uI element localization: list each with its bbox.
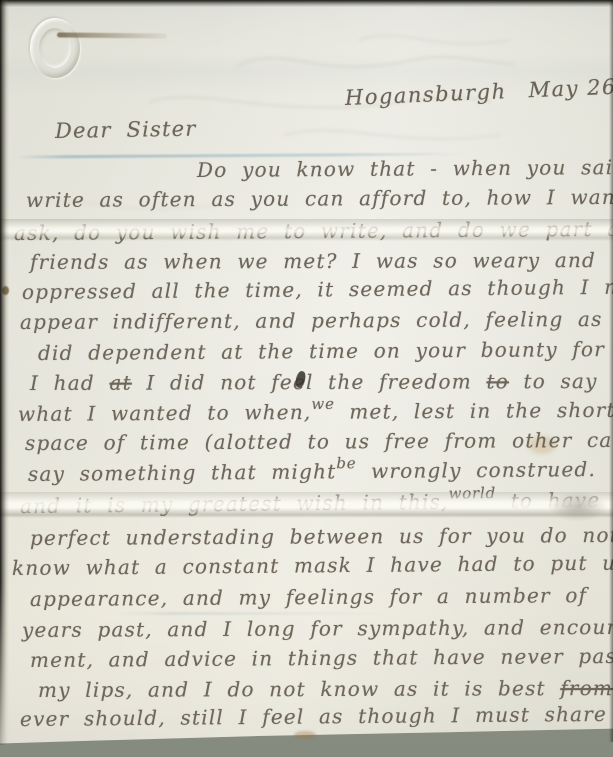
letter-salutation: Dear Sister [55, 117, 197, 143]
letter-line: years past, and I long for sympathy, and… [22, 615, 613, 642]
inserted-word: we [311, 395, 334, 413]
line-text: and it is my greatest wish in this, [20, 490, 449, 518]
line-text: years past, and I long for sympathy, and… [22, 615, 613, 642]
line-text: what I wanted to when, [18, 400, 312, 426]
line-text: I did not feel the freedom [132, 369, 487, 394]
paper-stain [294, 731, 316, 739]
letter-line: space of time (alotted to us free from o… [25, 427, 613, 455]
inserted-word: world [448, 484, 496, 502]
letter-line: I had at I did not feel the freedom to t… [30, 369, 598, 395]
line-text: to say [509, 369, 598, 393]
letter-line: appear indifferent, and perhaps cold, fe… [20, 307, 613, 334]
letter-line: perfect understading between us for you … [30, 523, 613, 550]
line-text: say something that might [28, 459, 337, 486]
line-text: wrongly construed. [356, 457, 596, 483]
struck-word: to [486, 369, 509, 393]
letter-line: friends as when we met? I was so weary a… [30, 248, 596, 274]
line-text: write as often as you can afford to, how… [26, 185, 613, 212]
fold-crease-pinch-shadow [548, 492, 608, 522]
line-text: met, lest in the short [335, 398, 613, 424]
letter-line: oppressed all the time, it seemed as tho… [22, 274, 613, 304]
heading-gap [507, 97, 529, 98]
embossed-seal [30, 18, 80, 78]
line-text: ment, and advice in things that have nev… [30, 644, 613, 672]
salutation-text: Dear Sister [55, 117, 197, 143]
scanned-letter-page: HogansburghMay 26 Dear Sister Do you kno… [0, 0, 613, 757]
line-text: perfect understading between us for you … [30, 523, 613, 550]
line-text: my lips, and I do not know as it is best [38, 676, 560, 702]
letter-line: write as often as you can afford to, how… [26, 185, 613, 212]
struck-word: at [109, 371, 131, 395]
line-text: friends as when we met? I was so weary a… [30, 248, 596, 274]
scan-edge-right [609, 0, 613, 742]
scan-edge-top [0, 0, 613, 7]
letter-line: my lips, and I do not know as it is best… [38, 676, 613, 702]
line-text: ever should, still I feel as though I mu… [20, 702, 607, 731]
letter-line: appearance, and my feelings for a number… [30, 583, 587, 611]
scan-edge-left [0, 0, 9, 745]
line-text: oppressed all the time, it seemed as tho… [22, 274, 613, 304]
letter-line: Do you know that - when you said [197, 155, 613, 182]
line-text: ask, do you wish me to write, and do we … [14, 216, 613, 245]
struck-word: from [560, 676, 613, 700]
letter-line: ever should, still I feel as though I mu… [20, 702, 607, 731]
letter-line: say something that mightbe wrongly const… [28, 457, 596, 486]
heading-date: May 26 [528, 75, 613, 103]
line-text: I had [30, 371, 110, 395]
letter-line: ment, and advice in things that have nev… [30, 644, 613, 672]
line-text: did dependent at the time on your bounty… [38, 337, 613, 365]
letter-line: did dependent at the time on your bounty… [38, 337, 613, 365]
line-text: space of time (alotted to us free from o… [25, 427, 613, 455]
blue-bleed-rule [118, 612, 398, 615]
inserted-word: be [336, 454, 356, 472]
line-text: Do you know that - when you said [197, 155, 613, 182]
line-text: appear indifferent, and perhaps cold, fe… [20, 307, 613, 334]
letter-line: what I wanted to when,we met, lest in th… [18, 398, 613, 426]
letter-line: ask, do you wish me to write, and do we … [14, 216, 613, 245]
line-text: appearance, and my feelings for a number… [30, 583, 587, 611]
